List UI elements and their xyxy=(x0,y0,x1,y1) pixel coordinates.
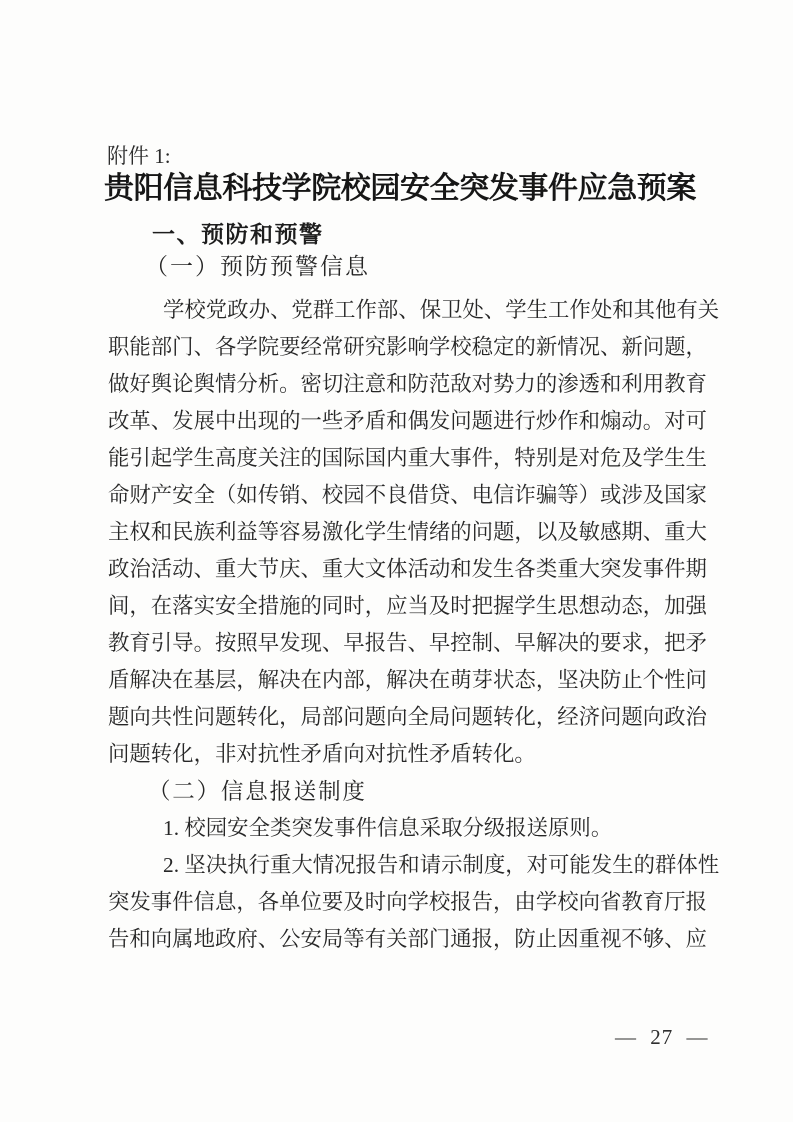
document-title: 贵阳信息科技学院校园安全突发事件应急预案 xyxy=(104,169,710,209)
text-line: 命财产安全（如传销、校园不良借贷、电信诈骗等）或涉及国家 xyxy=(108,477,710,514)
text-line: 学校党政办、党群工作部、保卫处、学生工作处和其他有关 xyxy=(108,292,710,329)
text-line: 盾解决在基层，解决在内部，解决在萌芽状态，坚决防止个性问 xyxy=(108,662,710,699)
paragraph-prevention-info: 学校党政办、党群工作部、保卫处、学生工作处和其他有关职能部门、各学院要经常研究影… xyxy=(108,292,710,773)
subsection-heading-warning-info: （一）预防预警信息 xyxy=(145,251,370,282)
list-item-1: 1. 校园安全类突发事件信息采取分级报送原则。 xyxy=(108,810,710,847)
text-line: 教育引导。按照早发现、早报告、早控制、早解决的要求，把矛 xyxy=(108,625,710,662)
list-item-2: 2. 坚决执行重大情况报告和请示制度，对可能发生的群体性突发事件信息，各单位要及… xyxy=(108,847,710,958)
subsection-heading-report-system: （二）信息报送制度 xyxy=(108,773,710,810)
attachment-label: 附件 1: xyxy=(107,143,171,169)
text-line: 2. 坚决执行重大情况报告和请示制度，对可能发生的群体性 xyxy=(108,847,710,884)
text-line: 做好舆论舆情分析。密切注意和防范敌对势力的渗透和利用教育 xyxy=(108,366,710,403)
text-line: 间，在落实安全措施的同时，应当及时把握学生思想动态，加强 xyxy=(108,588,710,625)
body-text: 学校党政办、党群工作部、保卫处、学生工作处和其他有关职能部门、各学院要经常研究影… xyxy=(108,292,710,958)
text-line: 1. 校园安全类突发事件信息采取分级报送原则。 xyxy=(108,810,710,847)
text-line: 主权和民族利益等容易激化学生情绪的问题，以及敏感期、重大 xyxy=(108,514,710,551)
text-line: 问题转化，非对抗性矛盾向对抗性矛盾转化。 xyxy=(108,736,710,773)
text-line: 政治活动、重大节庆、重大文体活动和发生各类重大突发事件期 xyxy=(108,551,710,588)
text-line: 告和向属地政府、公安局等有关部门通报，防止因重视不够、应 xyxy=(108,921,710,958)
page-number: — 27 — xyxy=(615,1025,709,1050)
text-line: 题向共性问题转化，局部问题向全局问题转化，经济问题向政治 xyxy=(108,699,710,736)
text-line: 改革、发展中出现的一些矛盾和偶发问题进行炒作和煽动。对可 xyxy=(108,403,710,440)
document-page: 附件 1: 贵阳信息科技学院校园安全突发事件应急预案 一、预防和预警 （一）预防… xyxy=(0,0,793,1122)
text-line: 职能部门、各学院要经常研究影响学校稳定的新情况、新问题， xyxy=(108,329,710,366)
text-line: 突发事件信息，各单位要及时向学校报告，由学校向省教育厅报 xyxy=(108,884,710,921)
section-heading-prevention: 一、预防和预警 xyxy=(152,220,324,248)
text-line: 能引起学生高度关注的国际国内重大事件，特别是对危及学生生 xyxy=(108,440,710,477)
